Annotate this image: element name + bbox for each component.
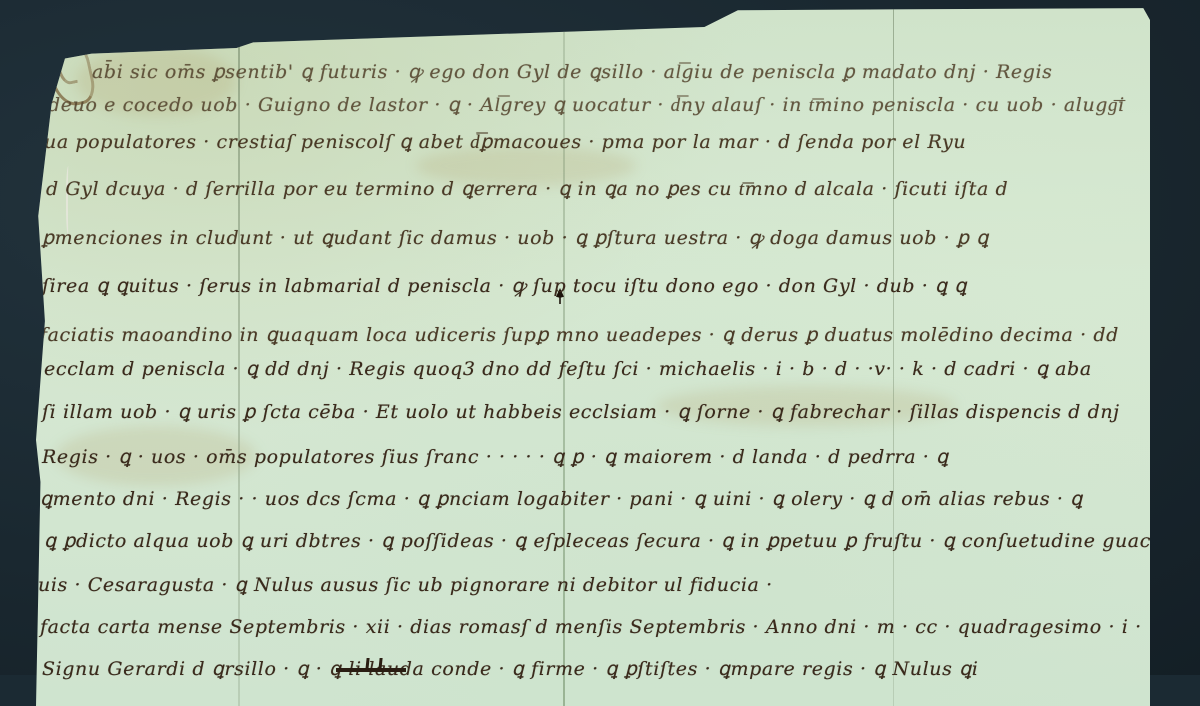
manuscript-line-3: ua populatores · crestiaſ peniscolſ ꝗ ab… xyxy=(44,131,966,154)
manuscript-line-6: ſirea ꝗ ꝗuitus · ſerus in labmarial d pe… xyxy=(42,272,967,298)
manuscript-line-8: ecclam d peniscla · ꝗ dd dnj · Regis quo… xyxy=(44,358,1092,380)
signum-cross-icon xyxy=(336,658,406,675)
manuscript-line-9: ſi illam uob · ꝗ uris ꝑ ſcta cēba · Et u… xyxy=(42,401,1120,423)
manuscript-line-13: uis · Cesaragusta · ꝗ Nulus ausus ſic ub… xyxy=(38,574,773,596)
manuscript-line-11: ꝗmento dni · Regis · · uos dcs ſcma · ꝗ … xyxy=(40,488,1083,510)
manuscript-line-4: d Gyl dcuya · d ſerrilla por eu termino … xyxy=(46,178,1008,201)
manuscript-line-2: deuo e cocedo uob · Guigno de lastor · ꝗ… xyxy=(48,94,1125,117)
manuscript-line-14: facta carta mense Septembris · xii · dia… xyxy=(40,616,1142,638)
manuscript-line-7: faciatis maoandino in ꝗuaquam loca udice… xyxy=(40,324,1119,346)
manuscript-line-5: ꝑmenciones in cludunt · ut ꝗudant ſic da… xyxy=(42,224,989,250)
parchment-charter: ab̄i sic om̄s ꝑsentib' ꝗ futuris · ꝙ ego… xyxy=(36,6,1150,675)
manuscript-line-1: ab̄i sic om̄s ꝑsentib' ꝗ futuris · ꝙ ego… xyxy=(92,58,1053,84)
manuscript-line-12: ꝗ ꝑdicto alqua uob ꝗ uri dbtres · ꝗ poſſ… xyxy=(44,530,1163,552)
manuscript-line-15: Signu Gerardi d ꝗrsillo · ꝗ · ꝗ li lauda… xyxy=(42,658,978,675)
manuscript-line-10: Regis · ꝗ · uos · om̄s populatores ſius … xyxy=(42,446,949,468)
